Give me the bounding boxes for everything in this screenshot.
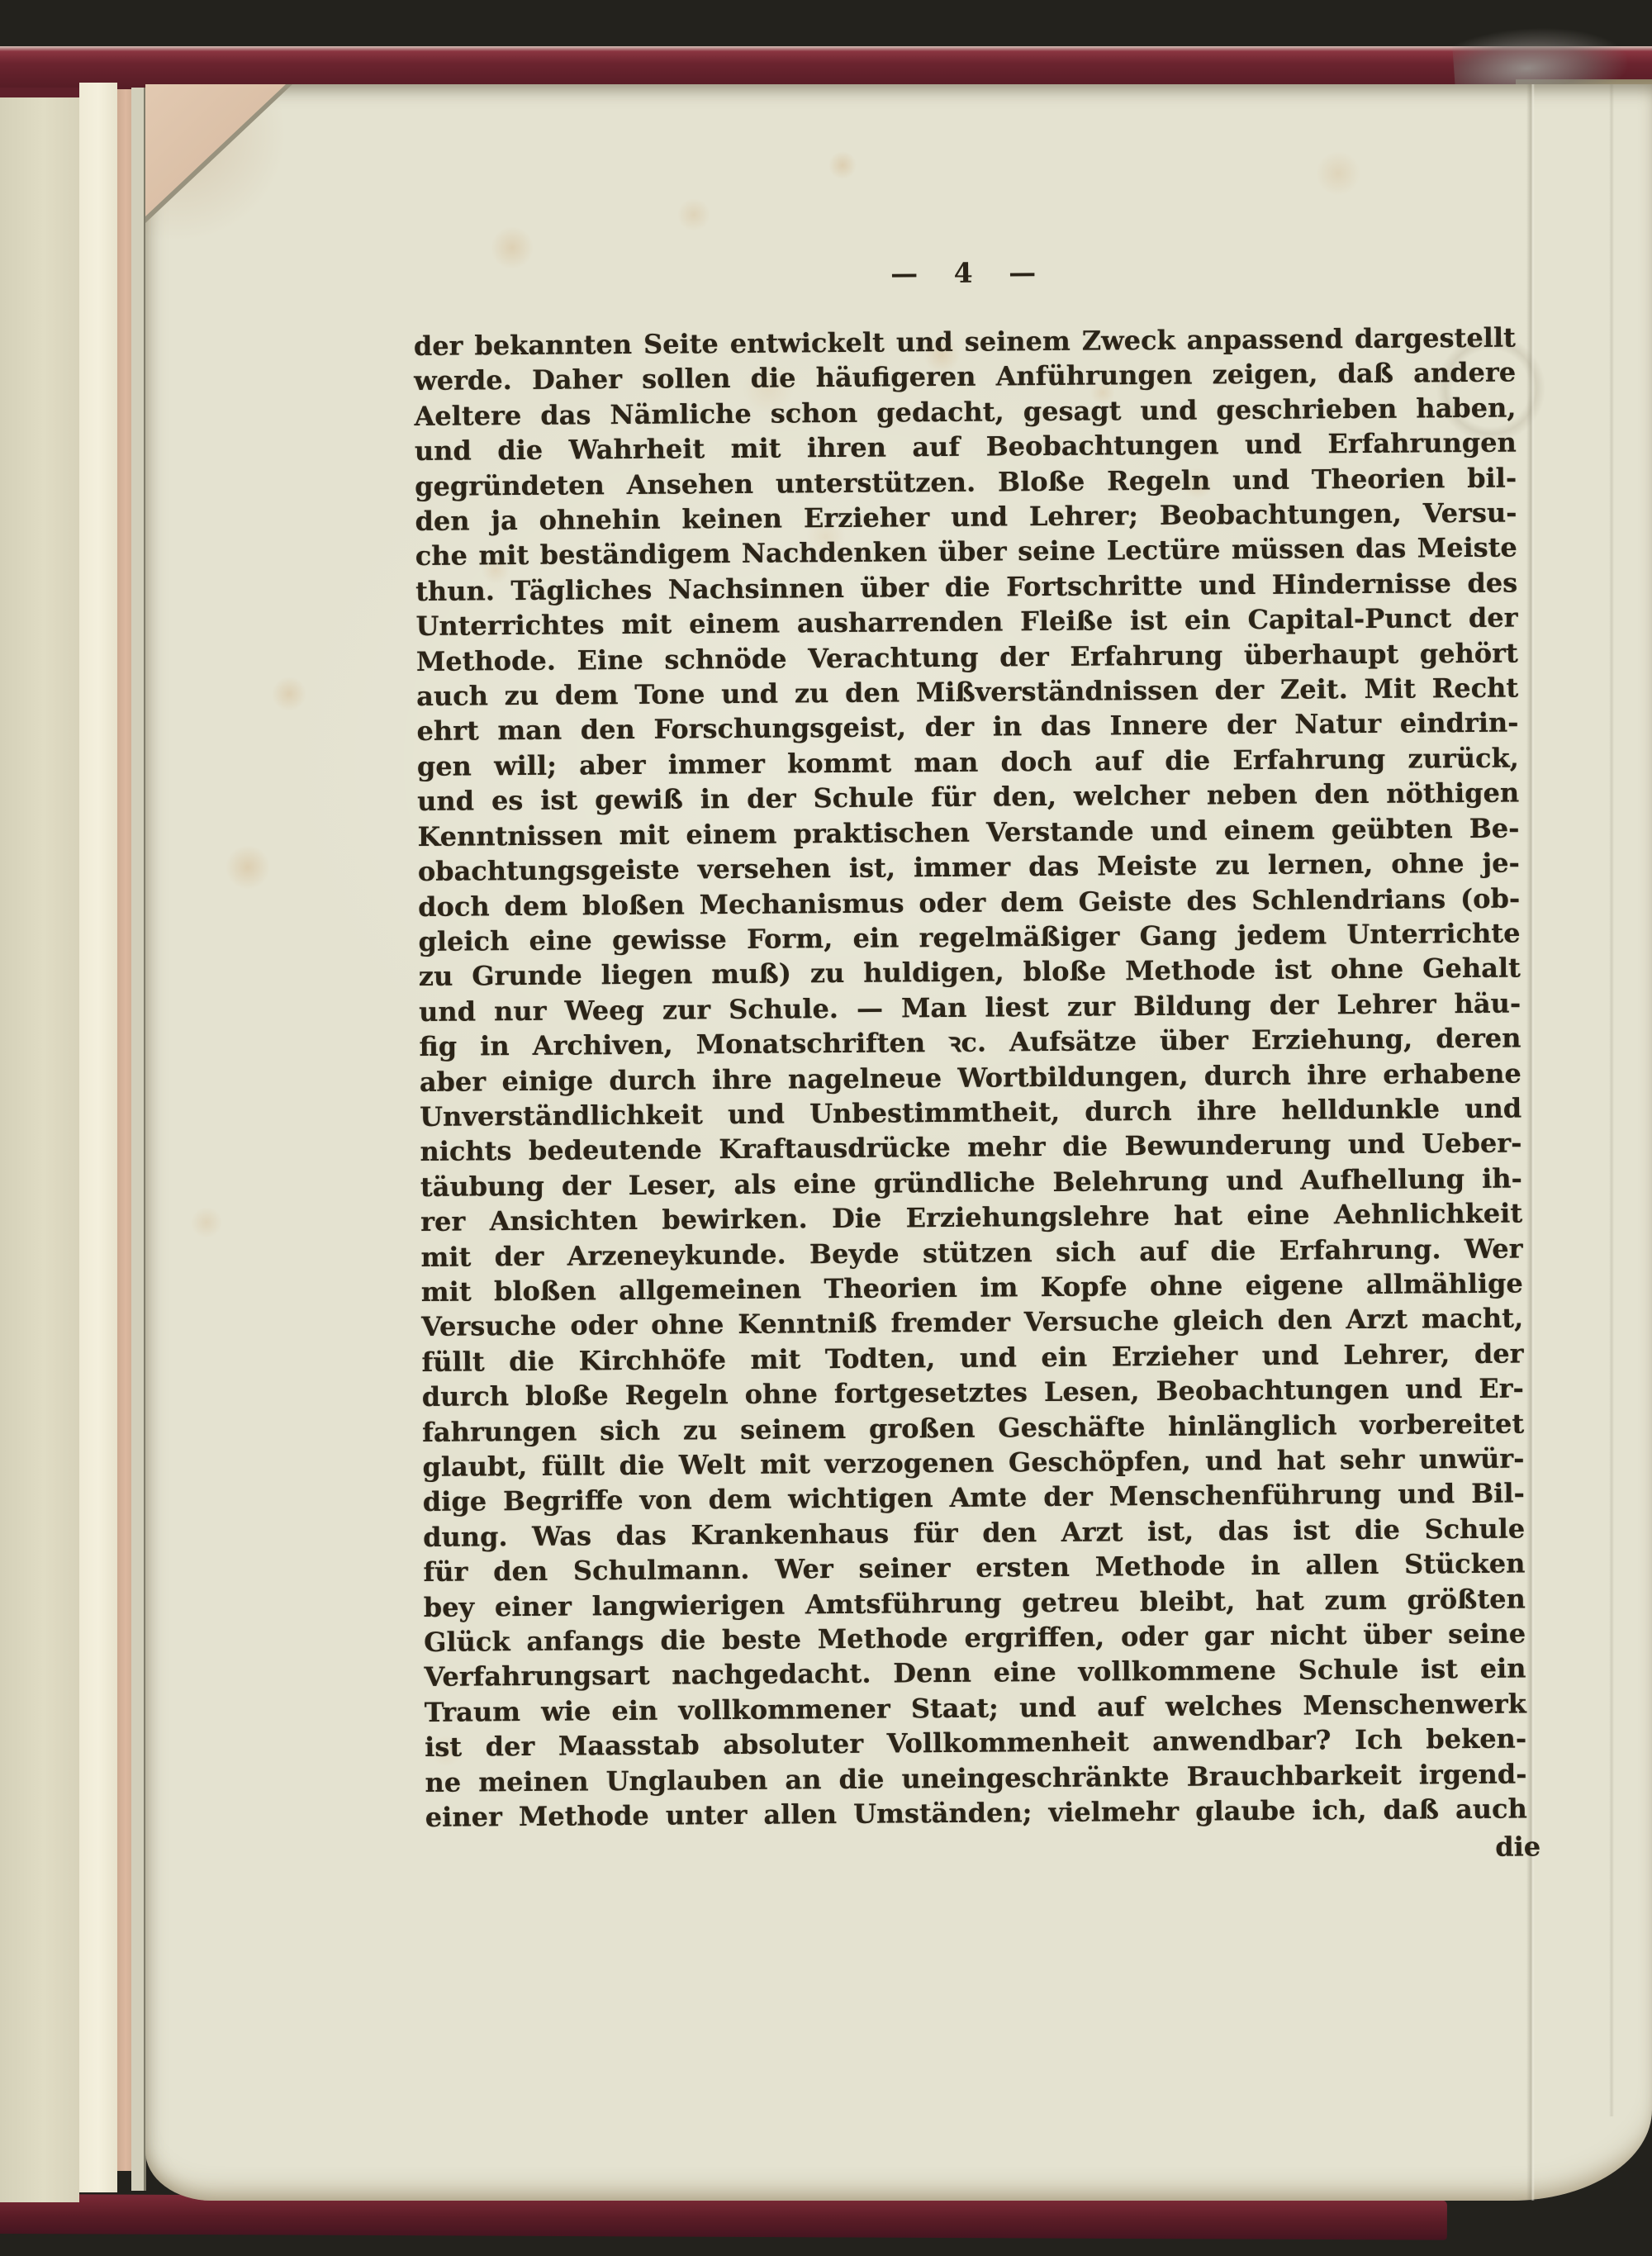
page-edge-light [79,83,117,2192]
page-edge-pink [117,89,131,2171]
page-crease-secondary [1609,84,1614,2116]
folded-corner [145,84,286,216]
page-edge-shadow [131,88,146,2191]
text-block: — 4 — der bekannten Seite entwickelt und… [413,248,1527,1874]
text-line: einer Methode unter allen Umständen; vie… [425,1792,1527,1836]
book-scan: — 4 — der bekannten Seite entwickelt und… [0,0,1652,2256]
flyleaf-page-edge [0,97,79,2202]
body-text: der bekannten Seite entwickelt und seine… [414,321,1527,1836]
page-crease [1526,84,1535,2201]
catchword: die [439,1830,1540,1873]
book-cover-top-edge [0,46,1652,89]
book-page: — 4 — der bekannten Seite entwickelt und… [145,84,1652,2201]
page-number: — 4 — [413,248,1515,299]
book-cover-bottom-edge [0,2194,1447,2240]
